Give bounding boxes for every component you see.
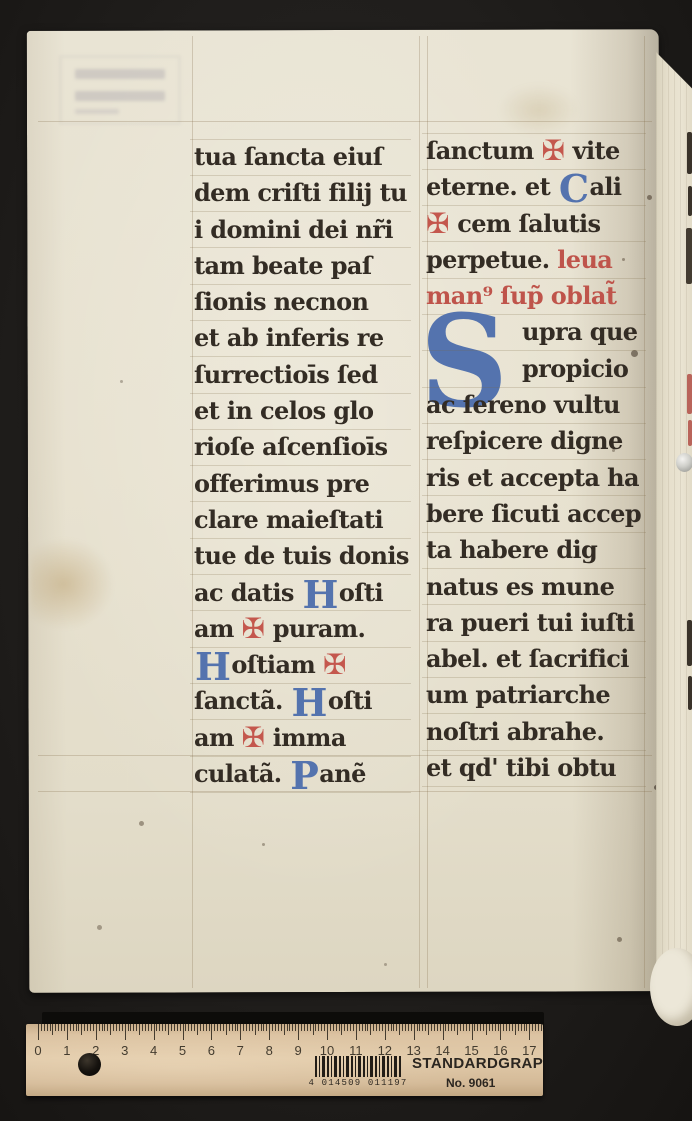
ruler-tick <box>483 1024 484 1031</box>
text-line: perpetue. leua <box>426 242 644 278</box>
ruler-tick <box>110 1024 111 1035</box>
text-line: et in celos glo <box>194 393 409 429</box>
text-segment: offerimus pre <box>194 469 369 498</box>
ruler-tick <box>246 1024 247 1031</box>
ruler-number: 8 <box>266 1043 273 1058</box>
text-segment: ſurrectioīs ſed <box>194 360 378 389</box>
parchment-speckles <box>0 0 3 3</box>
ruler-tick <box>122 1024 123 1031</box>
text-segment: um patriarche <box>426 680 610 709</box>
ruler-tick <box>443 1024 444 1040</box>
ruler-tick <box>318 1024 319 1031</box>
ruler-tick <box>243 1024 244 1031</box>
ruler-tick <box>154 1024 155 1040</box>
ruler-number: 0 <box>34 1043 41 1058</box>
ruler-tick <box>151 1024 152 1031</box>
ruler-tick <box>217 1024 218 1031</box>
ruler-tick <box>448 1024 449 1031</box>
ruler-tick <box>313 1024 314 1035</box>
ruler-number: 7 <box>237 1043 244 1058</box>
ruler-tick <box>142 1024 143 1031</box>
text-line: dem criſti filij tu <box>194 175 409 211</box>
ruler-tick <box>73 1024 74 1031</box>
ruler-tick <box>102 1024 103 1031</box>
ruler-tick <box>278 1024 279 1031</box>
text-line: clare maieſtati <box>194 502 409 538</box>
text-segment: propicio <box>522 354 628 383</box>
ruler-tick <box>396 1024 397 1031</box>
ruler-tick <box>521 1024 522 1031</box>
ruler-tick <box>509 1024 510 1031</box>
text-line: ſanctum ✠ vite <box>426 133 644 169</box>
text-line: Hoſtiam ✠ <box>194 647 409 683</box>
ruler-tick <box>463 1024 464 1031</box>
ruler-tick <box>272 1024 273 1031</box>
ruler-tick <box>341 1024 342 1035</box>
ruler-tick <box>304 1024 305 1031</box>
ruler-tick <box>81 1024 82 1035</box>
ruler-tick <box>498 1024 499 1031</box>
text-line: tua ſancta eiuſ <box>194 139 409 175</box>
text-line: tam beate paſ <box>194 248 409 284</box>
ruler-ticks: 01234567891011121314151617 <box>26 1024 543 1044</box>
text-segment: ris et accepta ha <box>426 463 639 492</box>
text-line: abel. et ſacrifici <box>426 641 644 677</box>
ruler-tick <box>183 1024 184 1040</box>
ruler-tick <box>249 1024 250 1031</box>
text-segment: et qd' tibi obtu <box>426 753 616 782</box>
text-line: rioſe aſcenſioīs <box>194 429 409 465</box>
ruler-tick <box>52 1024 53 1035</box>
ruler-tick <box>339 1024 340 1031</box>
ruler-tick <box>437 1024 438 1031</box>
ruler-tick <box>474 1024 475 1031</box>
ruler-tick <box>333 1024 334 1031</box>
ruler-tick <box>70 1024 71 1031</box>
ruler-tick <box>419 1024 420 1031</box>
ruler-tick <box>119 1024 120 1031</box>
ruler-tick <box>133 1024 134 1031</box>
text-line: bere ſicuti accep <box>426 496 644 532</box>
text-segment: bere ſicuti accep <box>426 499 641 528</box>
text-line: offerimus pre <box>194 466 409 502</box>
ruler-number: 5 <box>179 1043 186 1058</box>
ruler-tick <box>206 1024 207 1031</box>
text-segment: anẽ <box>319 759 365 788</box>
ruler-tick <box>281 1024 282 1031</box>
ruler-tick <box>538 1024 539 1031</box>
text-line: ta habere dig <box>426 532 644 568</box>
ruling-line <box>644 36 645 988</box>
ruler-tick <box>159 1024 160 1031</box>
text-line: ac datis Hoſti <box>194 575 409 611</box>
ruler-tick <box>526 1024 527 1031</box>
ruler-tick <box>336 1024 337 1031</box>
ruler-tick <box>330 1024 331 1031</box>
ruler-tick <box>93 1024 94 1031</box>
ruler-tick <box>417 1024 418 1031</box>
ruler-tick <box>237 1024 238 1031</box>
barcode <box>315 1056 401 1077</box>
maltese-cross-icon: ✠ <box>242 612 265 645</box>
edge-text-glimpse <box>687 374 692 414</box>
ruler-tick <box>365 1024 366 1031</box>
text-line: reſpicere digne <box>426 423 644 459</box>
ruler-tick <box>104 1024 105 1031</box>
ruler-tick <box>67 1024 68 1040</box>
ruler-tick <box>145 1024 146 1031</box>
text-segment: oſti <box>339 578 383 607</box>
ruler-tick <box>214 1024 215 1031</box>
ruling-line <box>419 36 420 988</box>
ruler-tick <box>41 1024 42 1031</box>
text-segment: reſpicere digne <box>426 426 623 455</box>
ruler-tick <box>180 1024 181 1031</box>
ruler-tick <box>96 1024 97 1040</box>
ruler-tick <box>529 1024 530 1040</box>
ruler-tick <box>379 1024 380 1031</box>
text-segment: i domini dei nr̃i <box>194 215 393 244</box>
ruler-tick <box>495 1024 496 1031</box>
maltese-cross-icon: ✠ <box>426 207 449 240</box>
barcode-digits: 4 014509 011197 <box>308 1078 408 1088</box>
ruler-tick <box>321 1024 322 1031</box>
text-segment: culatã. <box>194 759 289 788</box>
ruler-tick <box>194 1024 195 1031</box>
ruler-tick <box>61 1024 62 1031</box>
text-line: Supra que <box>426 314 644 350</box>
ruler-tick <box>64 1024 65 1031</box>
ruler-tick <box>58 1024 59 1031</box>
ruler-tick <box>287 1024 288 1031</box>
text-line: et ab inferis re <box>194 320 409 356</box>
stamp-line <box>75 69 165 79</box>
ruler-tick <box>258 1024 259 1031</box>
ruler-tick <box>307 1024 308 1031</box>
text-line: noſtri abrahe. <box>426 714 644 750</box>
ruler-hole <box>78 1053 101 1076</box>
ruler-tick <box>347 1024 348 1031</box>
ruler-tick <box>156 1024 157 1031</box>
ruler-tick <box>402 1024 403 1031</box>
ruler: 01234567891011121314151617 4 014509 0111… <box>26 1024 543 1096</box>
edge-text-glimpse <box>686 228 692 284</box>
ruler-tick <box>469 1024 470 1031</box>
ruler-tick <box>391 1024 392 1031</box>
text-segment: natus es mune <box>426 572 614 601</box>
ruler-number: 9 <box>294 1043 301 1058</box>
ruler-tick <box>185 1024 186 1031</box>
ruler-tick <box>252 1024 253 1031</box>
ruler-tick <box>310 1024 311 1031</box>
ruler-tick <box>353 1024 354 1031</box>
ruler-tick <box>50 1024 51 1031</box>
ruler-tick <box>90 1024 91 1031</box>
ruler-tick <box>405 1024 406 1031</box>
ruler-tick <box>148 1024 149 1031</box>
ruler-tick <box>99 1024 100 1031</box>
ruler-tick <box>107 1024 108 1031</box>
ruler-tick <box>240 1024 241 1040</box>
ruling-line <box>38 121 652 122</box>
text-segment: vite <box>565 136 620 165</box>
ruler-tick <box>263 1024 264 1031</box>
ruler-tick <box>382 1024 383 1031</box>
text-column-right: ſanctum ✠ viteeterne. et Cali✠ cem ſalut… <box>426 133 644 786</box>
stamp-line <box>75 109 119 114</box>
text-segment: ſanctum <box>426 136 541 165</box>
text-line: ſionis necnon <box>194 284 409 320</box>
ruler-tick <box>298 1024 299 1040</box>
ruler-tick <box>466 1024 467 1031</box>
text-line: tue de tuis donis <box>194 538 409 574</box>
text-segment: abel. et ſacrifici <box>426 644 629 673</box>
maltese-cross-icon: ✠ <box>541 134 564 167</box>
ruler-tick <box>229 1024 230 1031</box>
text-line: ra pueri tui iuſti <box>426 605 644 641</box>
ruler-tick <box>197 1024 198 1035</box>
edge-text-glimpse <box>687 132 692 174</box>
text-segment: tam beate paſ <box>194 251 372 280</box>
ruler-tick <box>188 1024 189 1031</box>
fore-edge <box>656 52 692 1010</box>
ruler-tick <box>168 1024 169 1035</box>
ruler-tick <box>440 1024 441 1031</box>
ruler-tick <box>289 1024 290 1031</box>
ruler-tick <box>489 1024 490 1031</box>
edge-text-glimpse <box>688 420 692 446</box>
ruler-tick <box>460 1024 461 1031</box>
text-line: ſanctã. Hoſti <box>194 683 409 719</box>
ruler-number: 1 <box>63 1043 70 1058</box>
text-segment: ac ſereno vultu <box>426 390 620 419</box>
ruler-tick <box>44 1024 45 1031</box>
ruler-tick <box>515 1024 516 1035</box>
ruler-tick <box>165 1024 166 1031</box>
text-line: ac ſereno vultu <box>426 387 644 423</box>
ruler-tick <box>76 1024 77 1031</box>
edge-text-glimpse <box>688 676 692 710</box>
ruler-tick <box>130 1024 131 1031</box>
text-line: i domini dei nr̃i <box>194 212 409 248</box>
ruler-tick <box>220 1024 221 1031</box>
text-line: eterne. et Cali <box>426 169 644 205</box>
ruler-tick <box>428 1024 429 1035</box>
text-segment: puram. <box>265 614 365 643</box>
ruler-tick <box>113 1024 114 1031</box>
parchment-stain <box>498 84 580 136</box>
ruler-tick <box>324 1024 325 1031</box>
text-segment: oſti <box>328 686 372 715</box>
ruler-tick <box>226 1024 227 1035</box>
ruler-tick <box>269 1024 270 1040</box>
ruler-tick <box>344 1024 345 1031</box>
ruler-tick <box>388 1024 389 1031</box>
text-segment: perpetue. <box>426 245 557 274</box>
ruler-tick <box>261 1024 262 1031</box>
text-line: ſurrectioīs ſed <box>194 357 409 393</box>
ruler-tick <box>445 1024 446 1031</box>
ruler-tick <box>292 1024 293 1031</box>
ruler-tick <box>301 1024 302 1031</box>
ruler-tick <box>116 1024 117 1031</box>
ruler-tick <box>451 1024 452 1031</box>
text-segment: cem ſalutis <box>449 209 600 238</box>
stamp-bleedthrough <box>60 56 180 124</box>
text-line: am ✠ imma <box>194 720 409 756</box>
text-segment: noſtri abrahe. <box>426 717 604 746</box>
text-segment: am <box>194 723 242 752</box>
ruler-number: 3 <box>121 1043 128 1058</box>
text-line: um patriarche <box>426 677 644 713</box>
text-segment: ta habere dig <box>426 535 597 564</box>
text-segment: eterne. et <box>426 172 558 201</box>
ruler-tick <box>174 1024 175 1031</box>
text-segment: imma <box>265 723 346 752</box>
ruler-tick <box>235 1024 236 1031</box>
ruler-tick <box>393 1024 394 1031</box>
text-segment: oſtiam <box>231 650 323 679</box>
ruler-tick <box>367 1024 368 1031</box>
text-line: ris et accepta ha <box>426 460 644 496</box>
photo-background: tua ſancta eiuſdem criſti filij tui domi… <box>0 0 692 1121</box>
ruler-tick <box>373 1024 374 1031</box>
ruler-tick <box>139 1024 140 1035</box>
ruler-tick <box>512 1024 513 1031</box>
ruler-tick <box>295 1024 296 1031</box>
ruler-tick <box>535 1024 536 1031</box>
ruler-tick <box>434 1024 435 1031</box>
ruler-tick <box>211 1024 212 1040</box>
ruler-tick <box>284 1024 285 1035</box>
ruler-tick <box>399 1024 400 1035</box>
ruler-tick <box>500 1024 501 1040</box>
text-segment: dem criſti filij tu <box>194 178 407 207</box>
ruler-tick <box>125 1024 126 1040</box>
ruling-line <box>192 36 193 988</box>
text-segment: ali <box>589 172 621 201</box>
ruler-tick <box>414 1024 415 1040</box>
ruler-tick <box>457 1024 458 1035</box>
text-segment: ac datis <box>194 578 302 607</box>
page-corner-curl <box>650 948 692 1026</box>
ruler-tick <box>503 1024 504 1031</box>
ruler-number: 6 <box>208 1043 215 1058</box>
text-segment: ra pueri tui iuſti <box>426 608 634 637</box>
ruler-tick <box>422 1024 423 1031</box>
text-segment: ſanctã. <box>194 686 291 715</box>
ruler-tick <box>171 1024 172 1031</box>
ruler-tick <box>266 1024 267 1031</box>
ruler-tick <box>362 1024 363 1031</box>
ruler-tick <box>232 1024 233 1031</box>
text-segment: et in celos glo <box>194 396 373 425</box>
edge-text-glimpse <box>688 186 692 216</box>
ruler-tick <box>136 1024 137 1031</box>
ruler-tick <box>327 1024 328 1040</box>
ruler-tick <box>275 1024 276 1031</box>
text-line: propicio <box>426 351 644 387</box>
text-segment: tua ſancta eiuſ <box>194 142 383 171</box>
ruler-tick <box>492 1024 493 1031</box>
ruler-tick <box>480 1024 481 1031</box>
edge-text-glimpse <box>687 620 692 666</box>
text-segment: et ab inferis re <box>194 323 384 352</box>
ruler-tick <box>472 1024 473 1040</box>
ruler-tick <box>78 1024 79 1031</box>
text-segment: tue de tuis donis <box>194 541 409 570</box>
text-column-left: tua ſancta eiuſdem criſti filij tui domi… <box>194 139 409 792</box>
text-line: am ✠ puram. <box>194 611 409 647</box>
ruler-tick <box>350 1024 351 1031</box>
ruler-model: No. 9061 <box>446 1076 495 1090</box>
text-segment: ſionis necnon <box>194 287 368 316</box>
ruler-tick <box>200 1024 201 1031</box>
ruler-tick <box>518 1024 519 1031</box>
ruler-tick <box>191 1024 192 1031</box>
ruler-tick <box>356 1024 357 1040</box>
ruler-tick <box>255 1024 256 1035</box>
text-segment: upra que <box>522 317 637 346</box>
ruler-tick <box>370 1024 371 1035</box>
ruler-tick <box>431 1024 432 1031</box>
colored-initial: P <box>290 753 318 798</box>
ruler-tick <box>47 1024 48 1031</box>
ruler-tick <box>524 1024 525 1031</box>
ruler-tick <box>532 1024 533 1031</box>
ruler-tick <box>411 1024 412 1031</box>
ruler-tick <box>477 1024 478 1031</box>
maltese-cross-icon: ✠ <box>242 721 265 754</box>
stamp-line <box>75 91 165 101</box>
ruler-tick <box>84 1024 85 1031</box>
ruler-tick <box>425 1024 426 1031</box>
ruler-tick <box>55 1024 56 1031</box>
ruler-tick <box>486 1024 487 1035</box>
ruler-tick <box>177 1024 178 1031</box>
text-line: culatã. Panẽ <box>194 756 409 792</box>
ruler-number: 4 <box>150 1043 157 1058</box>
ruler-tick <box>162 1024 163 1031</box>
ruler-tick <box>223 1024 224 1031</box>
ruler-tick <box>385 1024 386 1040</box>
text-line: et qd' tibi obtu <box>426 750 644 786</box>
rubric-text: leua <box>557 245 612 274</box>
ruler-tick <box>203 1024 204 1031</box>
ruler-tick <box>315 1024 316 1031</box>
maltese-cross-icon: ✠ <box>323 648 346 681</box>
ruler-tick <box>87 1024 88 1031</box>
text-segment: rioſe aſcenſioīs <box>194 432 387 461</box>
ruler-tick <box>359 1024 360 1031</box>
ruler-tick <box>38 1024 39 1040</box>
parchment-stain <box>30 538 114 630</box>
text-line: natus es mune <box>426 569 644 605</box>
book-weight-bead <box>676 453 692 472</box>
ruler-tick <box>376 1024 377 1031</box>
ruler-tick <box>541 1024 542 1031</box>
text-segment: clare maieſtati <box>194 505 383 534</box>
ruler-tick <box>408 1024 409 1031</box>
ruler-brand: STANDARDGRAPH <box>412 1055 543 1072</box>
ruler-tick <box>506 1024 507 1031</box>
text-line: ✠ cem ſalutis <box>426 206 644 242</box>
ruler-tick <box>128 1024 129 1031</box>
ruler-tick <box>454 1024 455 1031</box>
ruler-tick <box>209 1024 210 1031</box>
text-segment: am <box>194 614 242 643</box>
